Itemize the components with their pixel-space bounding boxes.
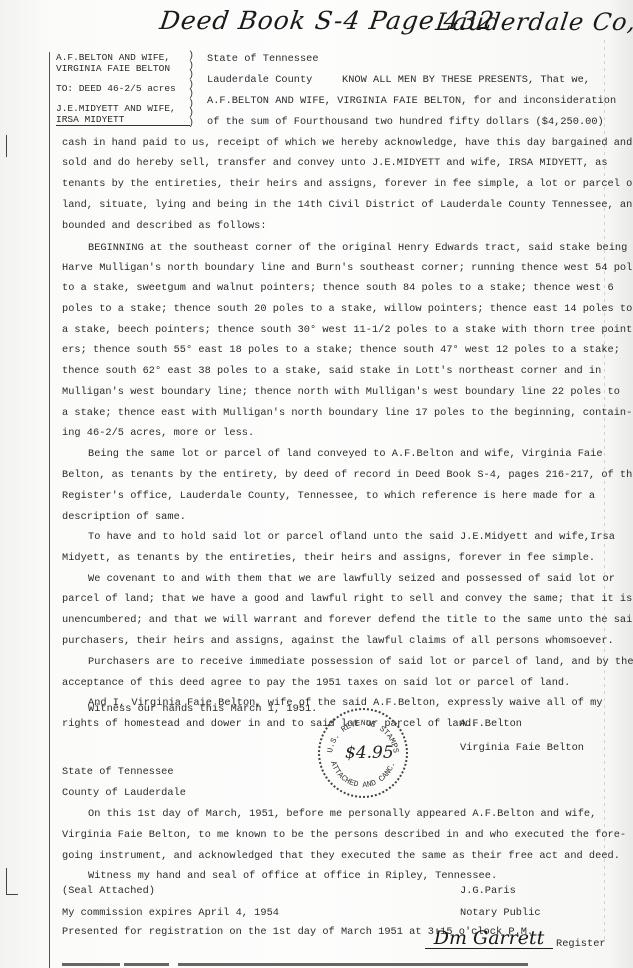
deed-line: Belton, as tenants by the entirety, by d… xyxy=(62,469,633,481)
caption-grantees-1: J.E.MIDYETT AND WIFE, xyxy=(56,103,196,114)
handwritten-county: Lauderdale Co, TN xyxy=(434,8,633,36)
ack-line: On this 1st day of March, 1951, before m… xyxy=(88,808,596,820)
deed-line: to a stake, sweetgum and walnut pointers… xyxy=(62,282,614,294)
notary-commission: My commission expires April 4, 1954 xyxy=(62,907,279,919)
margin-mark xyxy=(6,868,7,894)
ack-line: going instrument, and acknowledged that … xyxy=(62,850,620,862)
heading-county: Lauderdale County xyxy=(207,74,312,86)
deed-line: Register's office, Lauderdale County, Te… xyxy=(62,490,595,502)
heading-opening: KNOW ALL MEN BY THESE PRESENTS, That we, xyxy=(342,74,590,86)
deed-line: thence south 62° east 38 poles to a stak… xyxy=(62,365,601,377)
deed-line: Mulligan's west boundary line; thence no… xyxy=(62,386,620,398)
deed-line: bounded and described as follows: xyxy=(62,220,267,232)
ack-state: State of Tennessee xyxy=(62,766,174,778)
deed-line: Witness our hands this March 1, 1951. xyxy=(88,703,317,715)
caption-grantees-2: IRSA MIDYETT xyxy=(56,114,190,126)
deed-line: parcel of land; that we have a good and … xyxy=(62,593,632,605)
notary-name: J.G.Paris xyxy=(460,885,516,897)
register-label: Register xyxy=(556,938,606,950)
notary-title: Notary Public xyxy=(460,907,541,919)
svg-text:ATTACHED AND CANC.: ATTACHED AND CANC. xyxy=(328,760,398,790)
deed-line: ing 46-2/5 acres, more or less. xyxy=(62,427,254,439)
deed-line: Harve Mulligan's north boundary line and… xyxy=(62,262,633,274)
deed-line: acceptance of this deed agree to pay the… xyxy=(62,677,570,689)
right-margin-rule xyxy=(604,40,605,940)
deed-line: ers; thence south 55° east 18 poles to a… xyxy=(62,344,620,356)
deed-line: a stake; thence east with Mulligan's nor… xyxy=(62,407,632,419)
caption-grantors-2: VIRGINIA FAIE BELTON xyxy=(56,63,196,74)
stamp-amount: $4.95 xyxy=(345,743,394,763)
ack-seal: (Seal Attached) xyxy=(62,885,155,897)
ack-line: Witness my hand and seal of office at of… xyxy=(88,870,497,882)
deed-line: Midyett, as tenants by the entireties, t… xyxy=(62,552,595,564)
bottom-rule xyxy=(124,963,169,966)
caption-brace: )))))))) xyxy=(188,52,194,128)
deed-line: rights of homestead and dower in and to … xyxy=(62,718,477,730)
bottom-rule xyxy=(62,963,120,966)
deed-line: description of same. xyxy=(62,511,186,523)
register-signature: Dm Garrett xyxy=(425,928,553,949)
deed-line: Purchasers are to receive immediate poss… xyxy=(88,656,633,668)
signature-grantor-1: A.F.Belton xyxy=(460,718,522,730)
caption-deed: TO: DEED 46-2/5 acres xyxy=(56,83,196,94)
margin-mark xyxy=(6,135,7,157)
ack-line: Virginia Faie Belton, to me known to be … xyxy=(62,829,626,841)
deed-line: land, situate, lying and being in the 14… xyxy=(62,199,633,211)
deed-line: tenants by the entireties, their heirs a… xyxy=(62,178,633,190)
deed-page: Deed Book S-4 Page 432 Lauderdale Co, TN… xyxy=(0,0,633,968)
revenue-stamp: U.S. REVENUE STAMPS ATTACHED AND CANC. $… xyxy=(318,708,408,798)
deed-line: Being the same lot or parcel of land con… xyxy=(88,448,603,460)
deed-line: purchasers, their heirs and assigns, aga… xyxy=(62,635,614,647)
deed-line: A.F.BELTON AND WIFE, VIRGINIA FAIE BELTO… xyxy=(207,95,616,107)
deed-line: cash in hand paid to us, receipt of whic… xyxy=(62,137,632,149)
deed-line: poles to a stake; thence south 20 poles … xyxy=(62,303,632,315)
signature-grantor-2: Virginia Faie Belton xyxy=(460,742,584,754)
deed-line: BEGINNING at the southeast corner of the… xyxy=(88,242,627,254)
deed-line: To have and to hold said lot or parcel o… xyxy=(88,531,615,543)
deed-line: We covenant to and with them that we are… xyxy=(88,573,615,585)
margin-mark xyxy=(6,894,18,895)
deed-line: a stake, beech pointers; thence south 30… xyxy=(62,324,633,336)
deed-line: sold and do hereby sell, transfer and co… xyxy=(62,157,608,169)
heading-state: State of Tennessee xyxy=(207,53,319,65)
caption-grantors-1: A.F.BELTON AND WIFE, xyxy=(56,52,196,63)
deed-line: of the sum of Fourthousand two hundred f… xyxy=(207,116,604,128)
ack-county: County of Lauderdale xyxy=(62,787,186,799)
bottom-rule xyxy=(178,963,528,966)
deed-line: unencumbered; and that we will warrant a… xyxy=(62,614,633,626)
left-margin-rule xyxy=(49,52,50,968)
case-caption: A.F.BELTON AND WIFE, VIRGINIA FAIE BELTO… xyxy=(56,52,196,126)
